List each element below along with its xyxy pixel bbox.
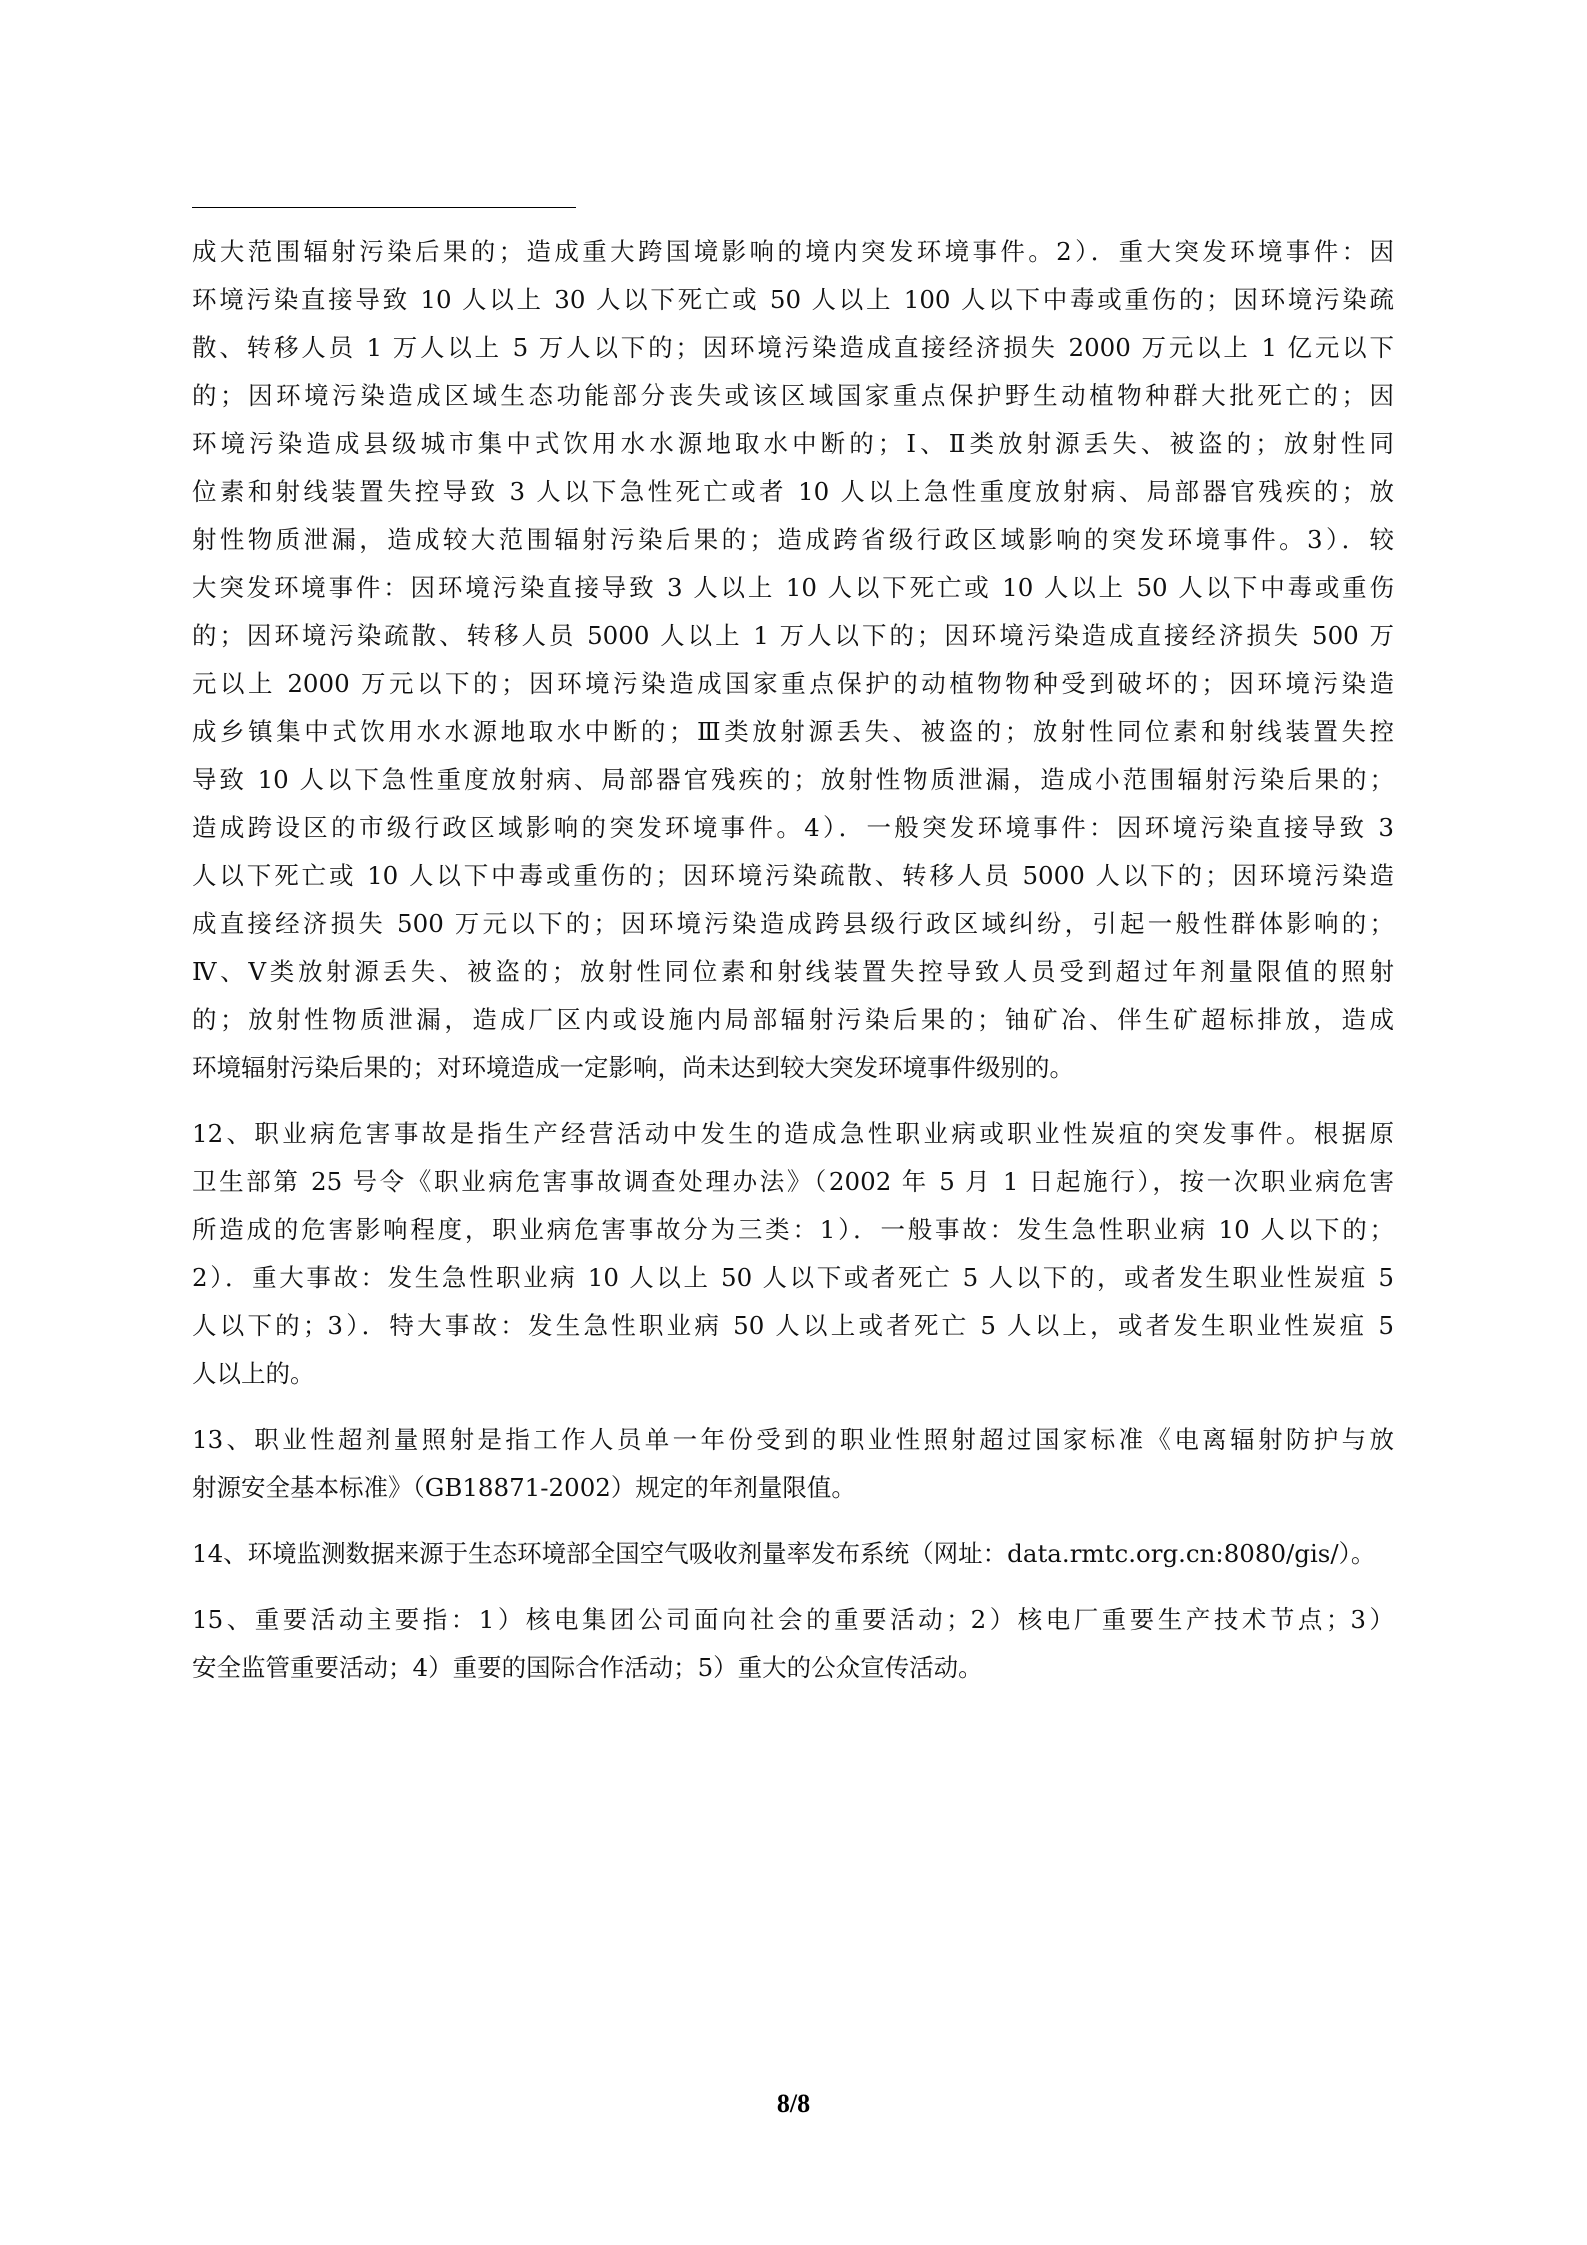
text-line: 人以下的；3）．特大事故：发生急性职业病 50 人以上或者死亡 5 人以上，或者… bbox=[192, 1302, 1394, 1350]
text-line: 所造成的危害影响程度，职业病危害事故分为三类：1）．一般事故：发生急性职业病 1… bbox=[192, 1206, 1394, 1254]
text-line: 的；因环境污染造成区域生态功能部分丧失或该区域国家重点保护野生动植物种群大批死亡… bbox=[192, 372, 1394, 420]
text-line: 15、重要活动主要指：1）核电集团公司面向社会的重要活动；2）核电厂重要生产技术… bbox=[192, 1596, 1394, 1644]
text-line: 元以上 2000 万元以下的；因环境污染造成国家重点保护的动植物物种受到破坏的；… bbox=[192, 660, 1394, 708]
text-line: 射性物质泄漏，造成较大范围辐射污染后果的；造成跨省级行政区域影响的突发环境事件。… bbox=[192, 516, 1394, 564]
text-line: 导致 10 人以下急性重度放射病、局部器官残疾的；放射性物质泄漏，造成小范围辐射… bbox=[192, 756, 1394, 804]
text-line: 2）．重大事故：发生急性职业病 10 人以上 50 人以下或者死亡 5 人以下的… bbox=[192, 1254, 1394, 1302]
text-line: 成直接经济损失 500 万元以下的；因环境污染造成跨县级行政区域纠纷，引起一般性… bbox=[192, 900, 1394, 948]
footnote-separator-rule bbox=[192, 207, 576, 208]
paragraph-note-12: 12、职业病危害事故是指生产经营活动中发生的造成急性职业病或职业性炭疽的突发事件… bbox=[192, 1110, 1394, 1398]
page-number: 8/8 bbox=[0, 2089, 1587, 2119]
paragraph-note-13: 13、职业性超剂量照射是指工作人员单一年份受到的职业性照射超过国家标准《电离辐射… bbox=[192, 1416, 1394, 1512]
text-line: 12、职业病危害事故是指生产经营活动中发生的造成急性职业病或职业性炭疽的突发事件… bbox=[192, 1110, 1394, 1158]
text-line: 成乡镇集中式饮用水水源地取水中断的；Ⅲ类放射源丢失、被盗的；放射性同位素和射线装… bbox=[192, 708, 1394, 756]
text-line: 的；放射性物质泄漏，造成厂区内或设施内局部辐射污染后果的；铀矿冶、伴生矿超标排放… bbox=[192, 996, 1394, 1044]
text-line: 人以下死亡或 10 人以下中毒或重伤的；因环境污染疏散、转移人员 5000 人以… bbox=[192, 852, 1394, 900]
notes-body: 成大范围辐射污染后果的；造成重大跨国境影响的境内突发环境事件。2）．重大突发环境… bbox=[192, 228, 1394, 1692]
text-line: 卫生部第 25 号令《职业病危害事故调查处理办法》（2002 年 5 月 1 日… bbox=[192, 1158, 1394, 1206]
paragraph-note-14: 14、环境监测数据来源于生态环境部全国空气吸收剂量率发布系统（网址：data.r… bbox=[192, 1530, 1394, 1578]
text-line: 散、转移人员 1 万人以上 5 万人以下的；因环境污染造成直接经济损失 2000… bbox=[192, 324, 1394, 372]
text-line: 安全监管重要活动；4）重要的国际合作活动；5）重大的公众宣传活动。 bbox=[192, 1644, 1394, 1692]
text-line: Ⅳ、Ⅴ类放射源丢失、被盗的；放射性同位素和射线装置失控导致人员受到超过年剂量限值… bbox=[192, 948, 1394, 996]
text-line: 射源安全基本标准》（GB18871-2002）规定的年剂量限值。 bbox=[192, 1464, 1394, 1512]
text-line: 成大范围辐射污染后果的；造成重大跨国境影响的境内突发环境事件。2）．重大突发环境… bbox=[192, 228, 1394, 276]
text-line: 14、环境监测数据来源于生态环境部全国空气吸收剂量率发布系统（网址：data.r… bbox=[192, 1530, 1394, 1578]
text-line: 人以上的。 bbox=[192, 1350, 1394, 1398]
paragraph-note-11-continued: 成大范围辐射污染后果的；造成重大跨国境影响的境内突发环境事件。2）．重大突发环境… bbox=[192, 228, 1394, 1092]
text-line: 的；因环境污染疏散、转移人员 5000 人以上 1 万人以下的；因环境污染造成直… bbox=[192, 612, 1394, 660]
text-line: 13、职业性超剂量照射是指工作人员单一年份受到的职业性照射超过国家标准《电离辐射… bbox=[192, 1416, 1394, 1464]
text-line: 环境辐射污染后果的；对环境造成一定影响，尚未达到较大突发环境事件级别的。 bbox=[192, 1044, 1394, 1092]
document-page: 成大范围辐射污染后果的；造成重大跨国境影响的境内突发环境事件。2）．重大突发环境… bbox=[0, 0, 1587, 2245]
text-line: 造成跨设区的市级行政区域影响的突发环境事件。4）．一般突发环境事件：因环境污染直… bbox=[192, 804, 1394, 852]
text-line: 大突发环境事件：因环境污染直接导致 3 人以上 10 人以下死亡或 10 人以上… bbox=[192, 564, 1394, 612]
text-line: 位素和射线装置失控导致 3 人以下急性死亡或者 10 人以上急性重度放射病、局部… bbox=[192, 468, 1394, 516]
text-line: 环境污染造成县级城市集中式饮用水水源地取水中断的；Ⅰ、Ⅱ类放射源丢失、被盗的；放… bbox=[192, 420, 1394, 468]
text-line: 环境污染直接导致 10 人以上 30 人以下死亡或 50 人以上 100 人以下… bbox=[192, 276, 1394, 324]
paragraph-note-15: 15、重要活动主要指：1）核电集团公司面向社会的重要活动；2）核电厂重要生产技术… bbox=[192, 1596, 1394, 1692]
